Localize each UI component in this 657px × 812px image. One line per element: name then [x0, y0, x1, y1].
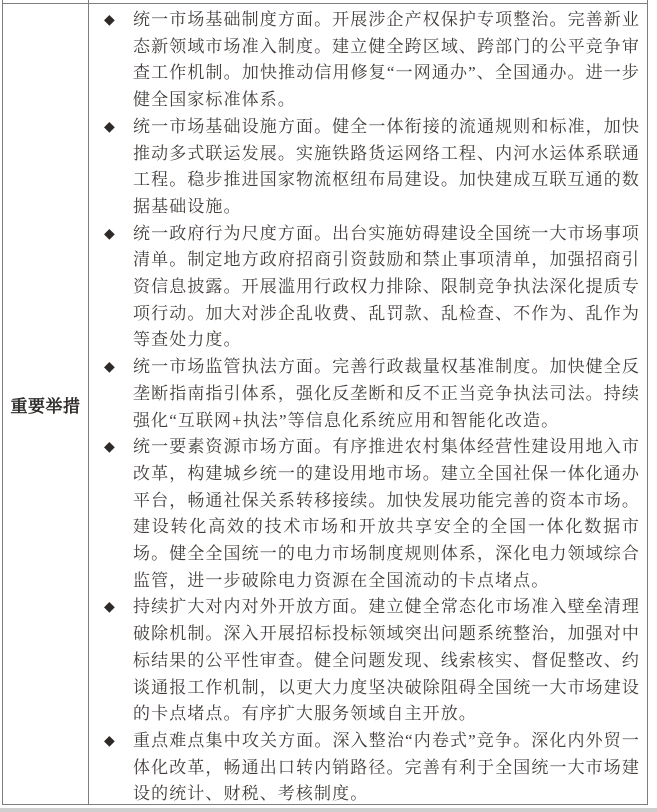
- diamond-bullet-icon: ◆: [104, 434, 133, 461]
- diamond-bullet-icon: ◆: [104, 221, 133, 248]
- row-header-label: 重要举措: [11, 392, 81, 417]
- diamond-bullet-icon: ◆: [104, 594, 133, 621]
- document-page: 重要举措 ◆ 统一市场基础制度方面。开展涉企产权保护专项整治。完善新业态新领域市…: [0, 0, 657, 812]
- list-item: ◆ 统一市场基础设施方面。健全一体衔接的流通规则和标准，加快推动多式联运发展。实…: [104, 114, 640, 221]
- list-item: ◆ 统一政府行为尺度方面。出台实施妨碍建设全国统一大市场事项清单。制定地方政府招…: [104, 221, 640, 355]
- diamond-bullet-icon: ◆: [104, 114, 133, 141]
- list-item: ◆ 统一要素资源市场方面。有序推进农村集体经营性建设用地入市改革，构建城乡统一的…: [104, 434, 640, 594]
- measures-table: 重要举措 ◆ 统一市场基础制度方面。开展涉企产权保护专项整治。完善新业态新领域市…: [2, 3, 648, 805]
- list-item: ◆ 持续扩大对内对外开放方面。建立健全常态化市场准入壁垒清理破除机制。深入开展招…: [104, 594, 640, 728]
- measure-text: 重点难点集中攻关方面。深入整治“内卷式”竞争。深化内外贸一体化改革，畅通出口转内…: [133, 728, 640, 804]
- page-bottom-edge: [0, 808, 657, 812]
- measure-text: 统一市场监管执法方面。完善行政裁量权基准制度。加快健全反垄断指南指引体系，强化反…: [133, 354, 640, 434]
- measure-text: 持续扩大对内对外开放方面。建立健全常态化市场准入壁垒清理破除机制。深入开展招标投…: [133, 594, 640, 728]
- list-item: ◆ 统一市场监管执法方面。完善行政裁量权基准制度。加快健全反垄断指南指引体系，强…: [104, 354, 640, 434]
- diamond-bullet-icon: ◆: [104, 728, 133, 755]
- list-item: ◆ 重点难点集中攻关方面。深入整治“内卷式”竞争。深化内外贸一体化改革，畅通出口…: [104, 728, 640, 804]
- measure-text: 统一市场基础设施方面。健全一体衔接的流通规则和标准，加快推动多式联运发展。实施铁…: [133, 114, 640, 221]
- list-item: ◆ 统一市场基础制度方面。开展涉企产权保护专项整治。完善新业态新领域市场准入制度…: [104, 7, 640, 114]
- measure-text: 统一要素资源市场方面。有序推进农村集体经营性建设用地入市改革，构建城乡统一的建设…: [133, 434, 640, 594]
- diamond-bullet-icon: ◆: [104, 7, 133, 34]
- measure-text: 统一市场基础制度方面。开展涉企产权保护专项整治。完善新业态新领域市场准入制度。建…: [133, 7, 640, 114]
- diamond-bullet-icon: ◆: [104, 354, 133, 381]
- row-header-cell: 重要举措: [3, 4, 89, 804]
- measures-cell: ◆ 统一市场基础制度方面。开展涉企产权保护专项整治。完善新业态新领域市场准入制度…: [89, 4, 647, 804]
- measure-text: 统一政府行为尺度方面。出台实施妨碍建设全国统一大市场事项清单。制定地方政府招商引…: [133, 221, 640, 355]
